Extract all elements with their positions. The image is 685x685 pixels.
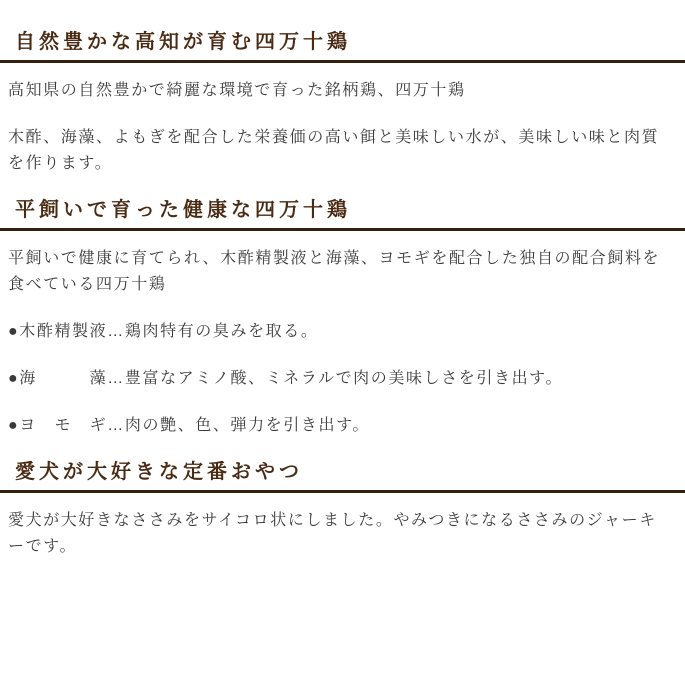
section-title-snack: 愛犬が大好きな定番おやつ — [0, 460, 685, 493]
section-free-range: 平飼いで育った健康な四万十鶏 平飼いで健康に育てられ、木酢精製液と海藻、ヨモギを… — [0, 198, 685, 439]
section-environment: 自然豊かな高知が育む四万十鶏 高知県の自然豊かで綺麗な環境で育った銘柄鶏、四万十… — [0, 30, 685, 177]
paragraph-feed-water: 木酢、海藻、よもぎを配合した栄養価の高い餌と美味しい水が、美味しい味と肉質を作り… — [0, 125, 668, 177]
ingredient-bullet-mugwort: ●ヨ モ ギ…肉の艶、色、弾力を引き出す。 — [0, 413, 668, 439]
ingredient-bullet-seaweed: ●海 藻…豊富なアミノ酸、ミネラルで肉の美味しさを引き出す。 — [0, 366, 668, 392]
product-description: 自然豊かな高知が育む四万十鶏 高知県の自然豊かで綺麗な環境で育った銘柄鶏、四万十… — [0, 0, 685, 560]
paragraph-free-range-intro: 平飼いで健康に育てられ、木酢精製液と海藻、ヨモギを配合した独自の配合飼料を食べて… — [0, 246, 668, 298]
section-snack: 愛犬が大好きな定番おやつ 愛犬が大好きなささみをサイコロ状にしました。やみつきに… — [0, 460, 685, 560]
section-title-free-range: 平飼いで育った健康な四万十鶏 — [0, 198, 685, 231]
paragraph-brand-chicken: 高知県の自然豊かで綺麗な環境で育った銘柄鶏、四万十鶏 — [0, 78, 668, 104]
ingredient-bullet-wood-vinegar: ●木酢精製液…鶏肉特有の臭みを取る。 — [0, 319, 668, 345]
section-title-environment: 自然豊かな高知が育む四万十鶏 — [0, 30, 685, 63]
paragraph-snack-description: 愛犬が大好きなささみをサイコロ状にしました。やみつきになるささみのジャーキーです… — [0, 508, 668, 560]
